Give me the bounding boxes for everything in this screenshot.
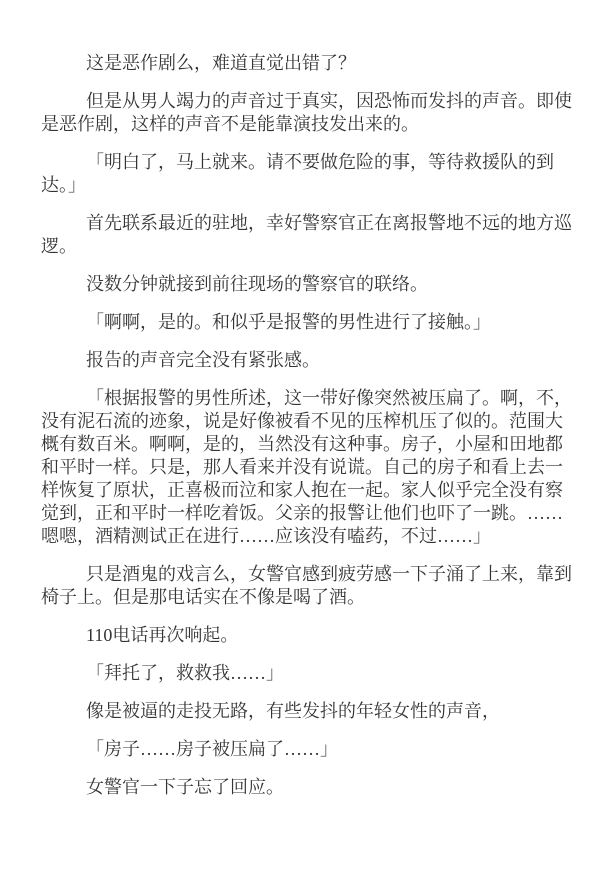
paragraph: 「啊啊，是的。和似乎是报警的男性进行了接触。」 [41,311,576,334]
paragraph: 像是被逼的走投无路，有些发抖的年轻女性的声音， [41,700,576,723]
paragraph: 但是从男人竭力的声音过于真实，因恐怖而发抖的声音。即使是恶作剧，这样的声音不是能… [41,90,576,136]
paragraph: 报告的声音完全没有紧张感。 [41,349,576,372]
paragraph: 只是酒鬼的戏言么，女警官感到疲劳感一下子涌了上来，靠到椅子上。但是那电话实在不像… [41,563,576,609]
document-page: 这是恶作剧么，难道直觉出错了？ 但是从男人竭力的声音过于真实，因恐怖而发抖的声音… [0,0,613,869]
paragraph: 「明白了，马上就来。请不要做危险的事，等待救援队的到达。」 [41,151,576,197]
paragraph: 女警官一下子忘了回应。 [41,776,576,799]
paragraph: 「根据报警的男性所述，这一带好像突然被压扁了。啊，不，没有泥石流的迹象，说是好像… [41,387,576,548]
paragraph: 首先联系最近的驻地，幸好警察官正在离报警地不远的地方巡逻。 [41,212,576,258]
paragraph: 「房子……房子被压扁了……」 [41,738,576,761]
paragraph: 这是恶作剧么，难道直觉出错了？ [41,52,576,75]
paragraph: 110电话再次响起。 [41,624,576,647]
paragraph: 「拜托了，救救我……」 [41,662,576,685]
paragraph: 没数分钟就接到前往现场的警察官的联络。 [41,273,576,296]
document-content: 这是恶作剧么，难道直觉出错了？ 但是从男人竭力的声音过于真实，因恐怖而发抖的声音… [0,0,613,869]
